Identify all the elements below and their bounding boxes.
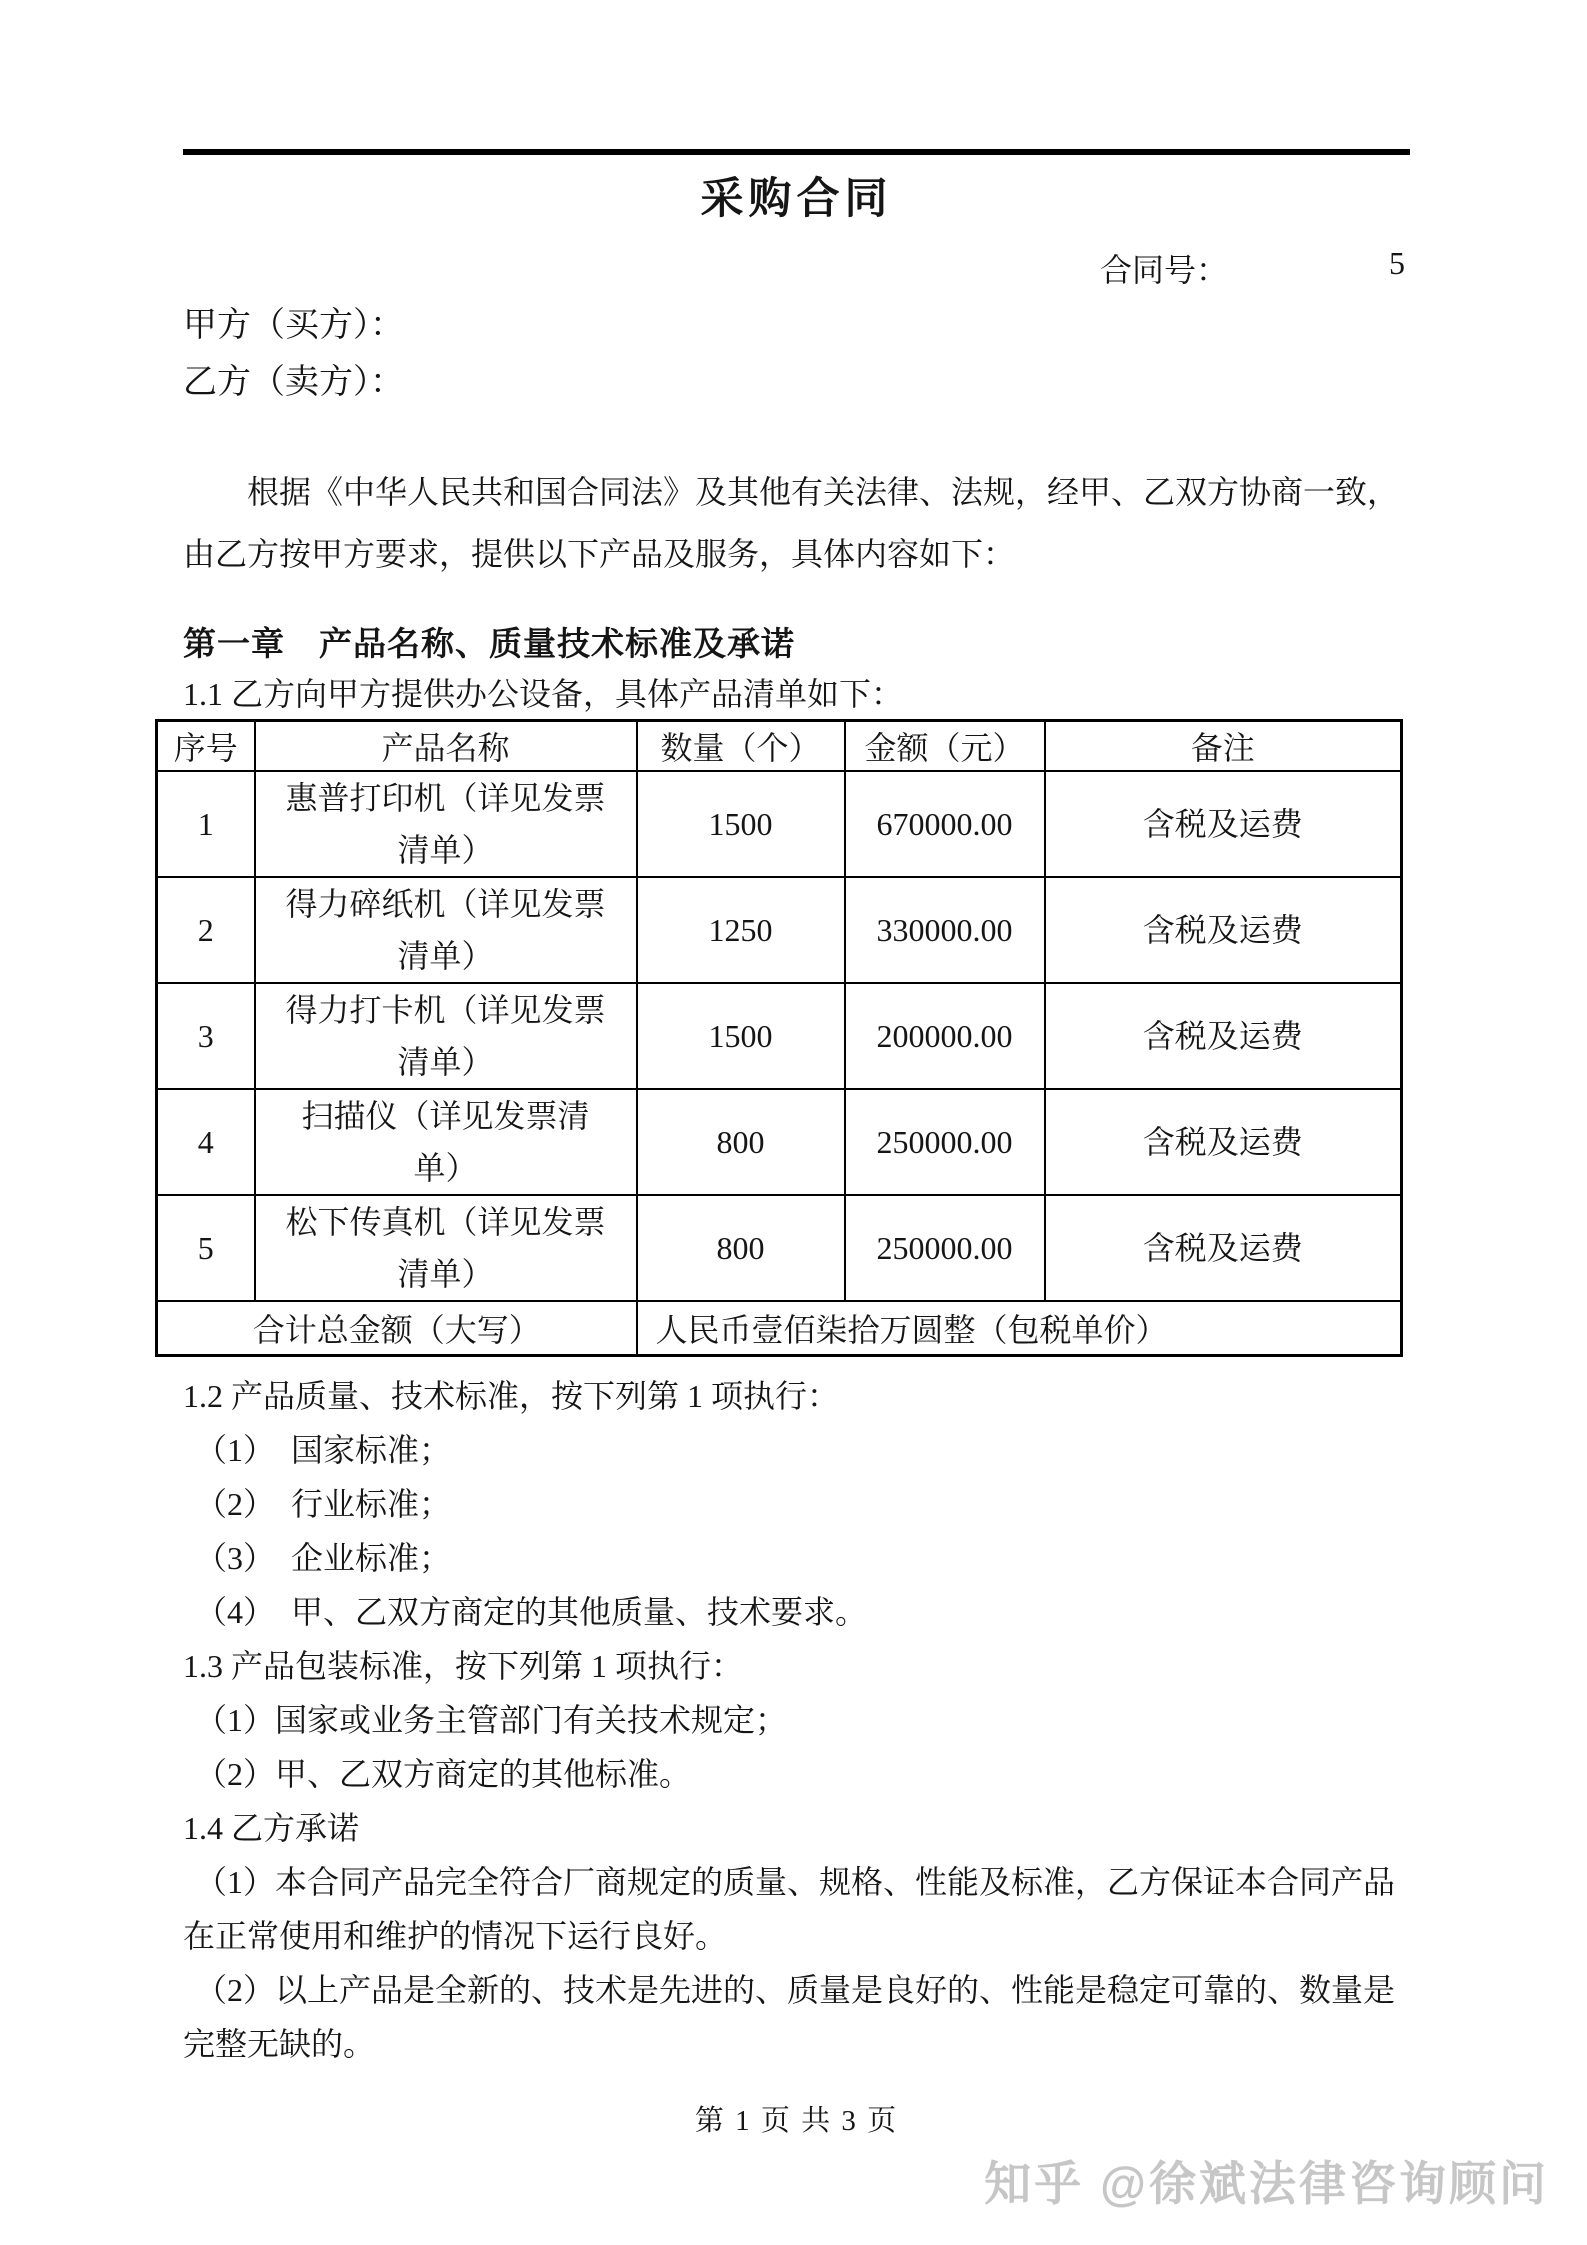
clause-1-3-item-2: （2）甲、乙双方商定的其他标准。 <box>183 1747 1410 1801</box>
total-amount-label: 合计总金额（大写） <box>157 1301 637 1356</box>
clause-1-4-item-1: （1）本合同产品完全符合厂商规定的质量、规格、性能及标准，乙方保证本合同产品 在… <box>183 1855 1410 1963</box>
cell-product-name: 得力碎纸机（详见发票 清单） <box>255 877 637 983</box>
table-row: 3 得力打卡机（详见发票 清单） 1500 200000.00 含税及运费 <box>157 983 1402 1089</box>
page-content: 采购合同 合同号： 5 甲方（买方）： 乙方（卖方）： 根据《中华人民共和国合同… <box>183 149 1410 2141</box>
clause-1-2-item-2: （2） 行业标准； <box>183 1477 1410 1531</box>
party-a-line: 甲方（买方）： <box>183 297 1410 354</box>
cell-quantity: 800 <box>637 1089 845 1195</box>
table-row: 4 扫描仪（详见发票清 单） 800 250000.00 含税及运费 <box>157 1089 1402 1195</box>
clause-1-4-item-2: （2）以上产品是全新的、技术是先进的、质量是良好的、性能是稳定可靠的、数量是 完… <box>183 1963 1410 2071</box>
intro-paragraph: 根据《中华人民共和国合同法》及其他有关法律、法规，经甲、乙双方协商一致， 由乙方… <box>183 461 1410 585</box>
column-header-amount: 金额（元） <box>845 721 1045 771</box>
clause-1-2-item-3: （3） 企业标准； <box>183 1531 1410 1585</box>
cell-index: 2 <box>157 877 255 983</box>
cell-note: 含税及运费 <box>1045 1089 1402 1195</box>
cell-index: 4 <box>157 1089 255 1195</box>
cell-quantity: 1500 <box>637 983 845 1089</box>
table-row: 2 得力碎纸机（详见发票 清单） 1250 330000.00 含税及运费 <box>157 877 1402 983</box>
table-row: 1 惠普打印机（详见发票 清单） 1500 670000.00 含税及运费 <box>157 771 1402 877</box>
cell-quantity: 1500 <box>637 771 845 877</box>
contract-number-line: 合同号： 5 <box>183 245 1410 291</box>
table-total-row: 合计总金额（大写） 人民币壹佰柒拾万圆整（包税单价） <box>157 1301 1402 1356</box>
chapter-1-heading: 第一章 产品名称、质量技术标准及承诺 <box>183 621 1410 667</box>
cell-product-name: 得力打卡机（详见发票 清单） <box>255 983 637 1089</box>
clause-1-2-item-1: （1） 国家标准； <box>183 1423 1410 1477</box>
column-header-note: 备注 <box>1045 721 1402 771</box>
cell-quantity: 800 <box>637 1195 845 1301</box>
table-header-row: 序号 产品名称 数量（个） 金额（元） 备注 <box>157 721 1402 771</box>
cell-index: 5 <box>157 1195 255 1301</box>
clause-1-4: 1.4 乙方承诺 <box>183 1801 1410 1855</box>
table-row: 5 松下传真机（详见发票 清单） 800 250000.00 含税及运费 <box>157 1195 1402 1301</box>
party-b-line: 乙方（卖方）： <box>183 354 1410 411</box>
contract-number-label: 合同号： <box>1100 245 1228 291</box>
clause-1-2: 1.2 产品质量、技术标准，按下列第 1 项执行： <box>183 1369 1410 1423</box>
page-title: 采购合同 <box>183 169 1410 231</box>
column-header-index: 序号 <box>157 721 255 771</box>
cell-amount: 250000.00 <box>845 1089 1045 1195</box>
clause-1-1: 1.1 乙方向甲方提供办公设备，具体产品清单如下： <box>183 669 1410 719</box>
cell-amount: 200000.00 <box>845 983 1045 1089</box>
clause-1-3-item-1: （1）国家或业务主管部门有关技术规定； <box>183 1693 1410 1747</box>
product-table: 序号 产品名称 数量（个） 金额（元） 备注 1 惠普打印机（详见发票 清单） … <box>155 719 1403 1357</box>
cell-note: 含税及运费 <box>1045 983 1402 1089</box>
clause-1-2-item-4: （4） 甲、乙双方商定的其他质量、技术要求。 <box>183 1585 1410 1639</box>
cell-index: 1 <box>157 771 255 877</box>
contract-page: 采购合同 合同号： 5 甲方（买方）： 乙方（卖方）： 根据《中华人民共和国合同… <box>0 0 1587 2245</box>
cell-note: 含税及运费 <box>1045 771 1402 877</box>
total-amount-in-words: 人民币壹佰柒拾万圆整（包税单价） <box>637 1301 1402 1356</box>
cell-product-name: 松下传真机（详见发票 清单） <box>255 1195 637 1301</box>
column-header-quantity: 数量（个） <box>637 721 845 771</box>
page-number-footer: 第 1 页 共 3 页 <box>183 2101 1410 2141</box>
cell-note: 含税及运费 <box>1045 1195 1402 1301</box>
cell-product-name: 扫描仪（详见发票清 单） <box>255 1089 637 1195</box>
cell-amount: 250000.00 <box>845 1195 1045 1301</box>
cell-amount: 330000.00 <box>845 877 1045 983</box>
cell-amount: 670000.00 <box>845 771 1045 877</box>
header-rule <box>183 149 1410 155</box>
contract-number-value: 5 <box>1389 245 1405 282</box>
cell-index: 3 <box>157 983 255 1089</box>
cell-product-name: 惠普打印机（详见发票 清单） <box>255 771 637 877</box>
watermark-text: 知乎 @徐斌法律咨询顾问 <box>984 2152 1549 2216</box>
column-header-product-name: 产品名称 <box>255 721 637 771</box>
cell-note: 含税及运费 <box>1045 877 1402 983</box>
cell-quantity: 1250 <box>637 877 845 983</box>
clause-1-3: 1.3 产品包装标准，按下列第 1 项执行： <box>183 1639 1410 1693</box>
